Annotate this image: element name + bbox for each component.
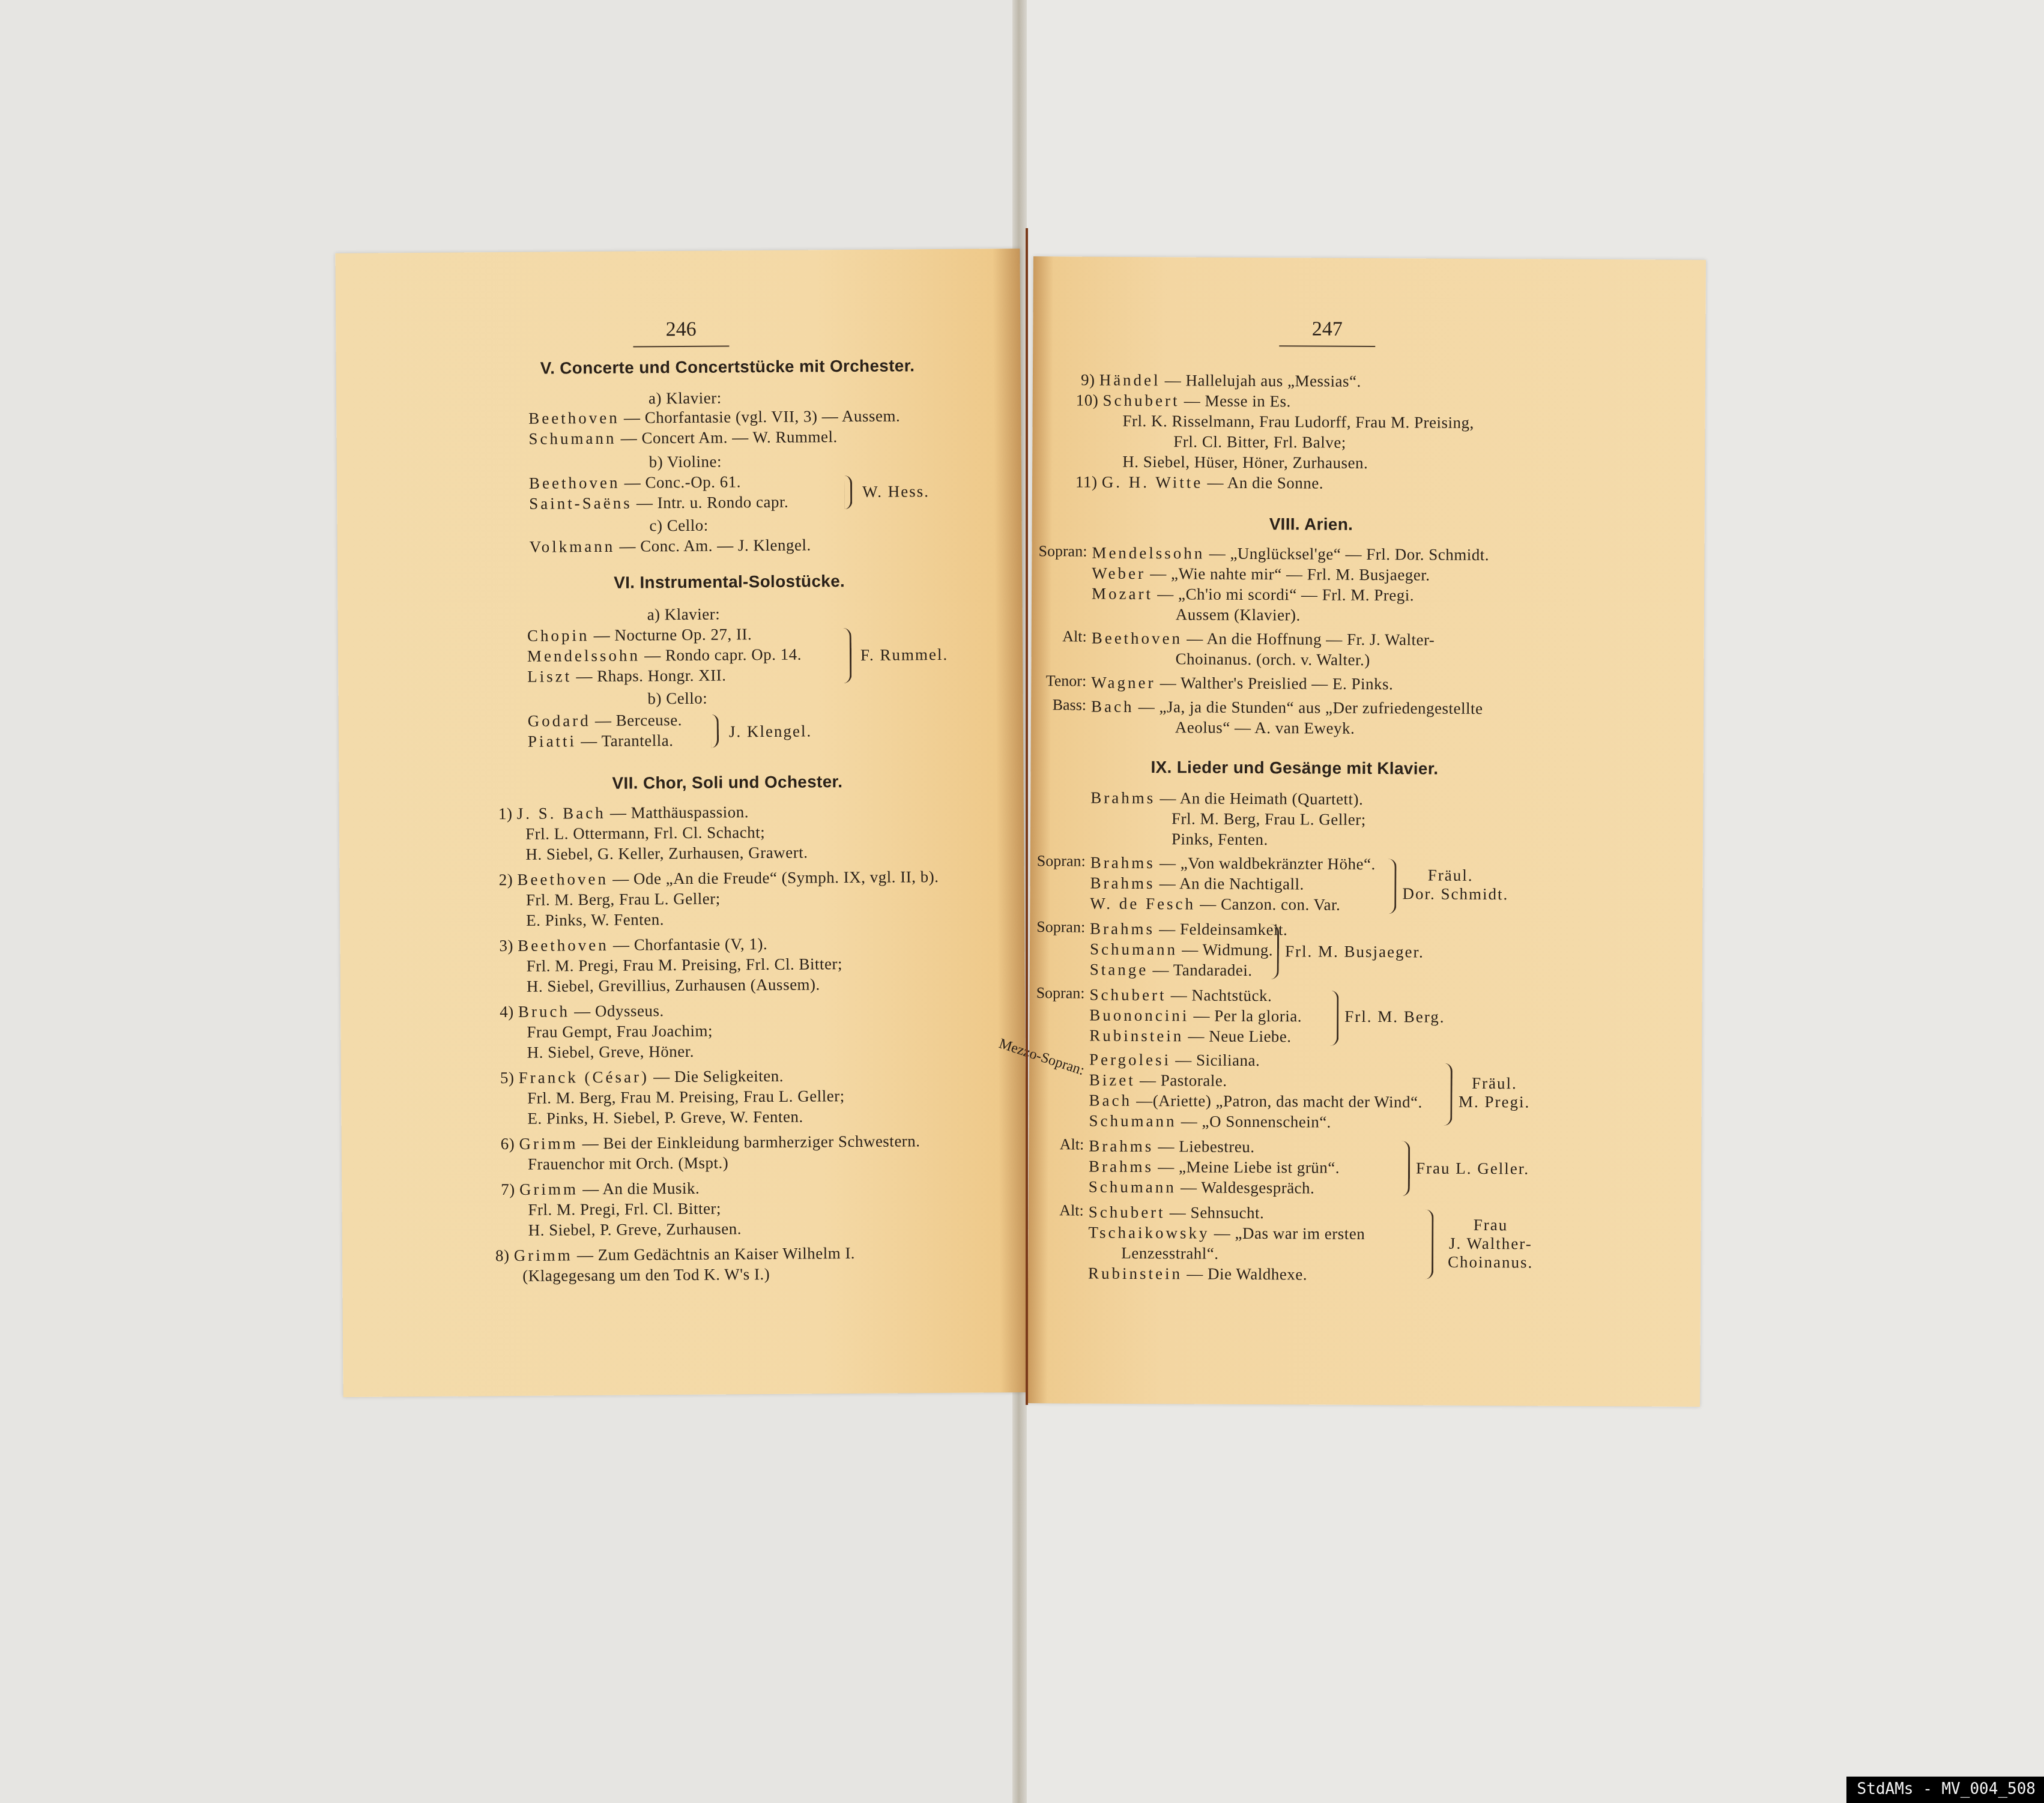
section-ix-title: IX. Lieder und Gesänge mit Klavier. bbox=[1151, 758, 1438, 779]
book-spine bbox=[1026, 228, 1028, 1405]
entry-10: 10) Schubert — Messe in Es. bbox=[1076, 391, 1291, 411]
archive-label: StdAMs - MV_004_508 bbox=[1846, 1777, 2044, 1803]
entry-cast: H. Siebel, Greve, Höner. bbox=[527, 1042, 694, 1062]
booklet-page-246: 246 V. Concerte und Concertstücke mit Or… bbox=[335, 249, 1027, 1397]
voice-label: Tenor: bbox=[1008, 672, 1086, 690]
aria-line: Weber — „Wie nahte mir“ — Frl. M. Busjae… bbox=[1092, 564, 1430, 585]
brace bbox=[1424, 1210, 1434, 1279]
program-line: Mendelssohn — Rondo capr. Op. 14. bbox=[527, 645, 802, 666]
song-line: Bizet — Pastorale. bbox=[1089, 1071, 1227, 1090]
section-viii-title: VIII. Arien. bbox=[1269, 515, 1353, 534]
voice-label: Alt: bbox=[1006, 1201, 1084, 1220]
song-line: Schumann — „O Sonnenschein“. bbox=[1089, 1112, 1331, 1132]
entry-cast: Pinks, Fenten. bbox=[1172, 830, 1268, 849]
song-line: Rubinstein — Die Waldhexe. bbox=[1088, 1264, 1307, 1284]
subsection-label: b) Cello: bbox=[647, 689, 707, 708]
entry-cast: Frl. M. Berg, Frau L. Geller; bbox=[1172, 809, 1366, 829]
section-vi-title: VI. Instrumental-Solostücke. bbox=[614, 572, 845, 593]
song-line: Pergolesi — Siciliana. bbox=[1089, 1051, 1260, 1070]
brace bbox=[711, 714, 719, 748]
program-line: Beethoven — Chorfantasie (vgl. VII, 3) —… bbox=[528, 406, 900, 427]
entry-cast: Frl. K. Risselmann, Frau Ludorff, Frau M… bbox=[1122, 412, 1474, 432]
section-v-title: V. Concerte und Concertstücke mit Orches… bbox=[540, 356, 915, 378]
entry-head: 3) Beethoven — Chorfantasie (V, 1). bbox=[499, 935, 767, 955]
page-number: 246 bbox=[621, 318, 741, 347]
program-line: Chopin — Nocturne Op. 27, II. bbox=[527, 625, 752, 645]
subsection-label: b) Violine: bbox=[649, 453, 722, 472]
entry-cast: Frl. M. Pregi, Frl. Cl. Bitter; bbox=[528, 1200, 721, 1219]
song-line: Brahms — Liebestreu. bbox=[1089, 1137, 1254, 1156]
song-line: Schubert — Nachtstück. bbox=[1089, 986, 1272, 1006]
song-line: Brahms — An die Nachtigall. bbox=[1090, 874, 1304, 894]
entry-cast: Frl. M. Berg, Frau L. Geller; bbox=[526, 890, 721, 910]
song-line: Tschaikowsky — „Das war im ersten bbox=[1088, 1224, 1365, 1243]
entry-cast: E. Pinks, H. Siebel, P. Greve, W. Fenten… bbox=[527, 1108, 803, 1128]
song-line: Brahms — An die Heimath (Quartett). bbox=[1090, 789, 1363, 809]
brace bbox=[1329, 991, 1338, 1046]
voice-label: Sopran: bbox=[1007, 984, 1085, 1003]
subsection-label: c) Cello: bbox=[649, 516, 708, 536]
entry-cast: H. Siebel, Grevillius, Zurhausen (Aussem… bbox=[527, 975, 820, 995]
page-number-rule bbox=[633, 345, 729, 347]
entry-head: 7) Grimm — An die Musik. bbox=[501, 1179, 700, 1199]
entry-cast: Frauenchor mit Orch. (Mspt.) bbox=[528, 1153, 728, 1173]
program-line: Saint-Saëns — Intr. u. Rondo capr. bbox=[529, 493, 788, 513]
entry-cast: Frau Gempt, Frau Joachim; bbox=[527, 1022, 713, 1042]
brace bbox=[1401, 1141, 1410, 1196]
entry-9: 9) Händel — Hallelujah aus „Messias“. bbox=[1081, 370, 1361, 390]
page-number-text: 246 bbox=[666, 318, 697, 340]
aria-line: Bach — „Ja, ja die Stunden“ aus „Der zuf… bbox=[1091, 698, 1483, 718]
performer: Frau L. Geller. bbox=[1416, 1159, 1529, 1178]
performer: W. Hess. bbox=[862, 482, 930, 501]
song-line: Schumann — Waldesgespräch. bbox=[1089, 1178, 1315, 1198]
entry-head: 6) Grimm — Bei der Einkleidung barmherzi… bbox=[501, 1132, 921, 1153]
performer: FrauJ. Walther-Choinanus. bbox=[1439, 1216, 1541, 1272]
song-line: Brahms — Feldeinsamkeit. bbox=[1090, 920, 1287, 940]
entry-cast: Frl. Cl. Bitter, Frl. Balve; bbox=[1173, 432, 1346, 452]
entry-head: 2) Beethoven — Ode „An die Freude“ (Symp… bbox=[499, 868, 939, 889]
entry-cast: H. Siebel, Hüser, Höner, Zurhausen. bbox=[1122, 453, 1368, 473]
brace bbox=[1443, 1063, 1453, 1126]
brace bbox=[1270, 924, 1279, 979]
aria-line: Wagner — Walther's Preislied — E. Pinks. bbox=[1091, 674, 1393, 694]
entry-cast: Frl. L. Ottermann, Frl. Cl. Schacht; bbox=[525, 823, 765, 844]
voice-label: Alt: bbox=[1006, 1135, 1084, 1154]
entry-cast: (Klagegesang um den Tod K. W's I.) bbox=[522, 1265, 770, 1285]
booklet-page-247: 247 9) Händel — Hallelujah aus „Messias“… bbox=[1027, 256, 1706, 1407]
aria-line: Mendelssohn — „Unglücksel'ge“ — Frl. Dor… bbox=[1092, 544, 1489, 564]
brace bbox=[1387, 859, 1396, 914]
song-line: Buononcini — Per la gloria. bbox=[1089, 1006, 1302, 1026]
subsection-label: a) Klavier: bbox=[647, 605, 720, 624]
voice-label: Bass: bbox=[1008, 696, 1086, 714]
program-line: Volkmann — Conc. Am. — J. Klengel. bbox=[530, 536, 811, 556]
aria-line: Beethoven — An die Hoffnung — Fr. J. Wal… bbox=[1092, 629, 1435, 650]
entry-11: 11) G. H. Witte — An die Sonne. bbox=[1075, 473, 1323, 492]
song-line: Lenzesstrahl“. bbox=[1121, 1244, 1218, 1263]
program-line: Piatti — Tarantella. bbox=[528, 731, 674, 751]
entry-cast: Frl. M. Berg, Frau M. Preising, Frau L. … bbox=[527, 1087, 845, 1108]
song-line: Brahms — „Meine Liebe ist grün“. bbox=[1089, 1158, 1340, 1177]
aria-line: Mozart — „Ch'io mi scordi“ — Frl. M. Pre… bbox=[1092, 585, 1414, 605]
entry-head: 8) Grimm — Zum Gedächtnis an Kaiser Wilh… bbox=[495, 1244, 855, 1265]
voice-label: Sopran: bbox=[1008, 852, 1086, 871]
page-number: 247 bbox=[1267, 318, 1387, 347]
performer: Frl. M. Busjaeger. bbox=[1285, 942, 1424, 961]
entry-head: 5) Franck (César) — Die Seligkeiten. bbox=[500, 1067, 784, 1087]
program-line: Beethoven — Conc.-Op. 61. bbox=[529, 473, 741, 492]
voice-label: Sopran: bbox=[1007, 918, 1085, 937]
program-line: Schumann — Concert Am. — W. Rummel. bbox=[528, 427, 837, 448]
entry-cast: H. Siebel, P. Greve, Zurhausen. bbox=[528, 1219, 742, 1239]
song-line: W. de Fesch — Canzon. con. Var. bbox=[1090, 895, 1340, 914]
performer: Fräul.Dor. Schmidt. bbox=[1402, 866, 1498, 904]
entry-cast: Frl. M. Pregi, Frau M. Preising, Frl. Cl… bbox=[527, 955, 842, 976]
entry-cast: H. Siebel, G. Keller, Zurhausen, Grawert… bbox=[525, 844, 808, 864]
page-number-rule bbox=[1279, 345, 1375, 347]
performer: Frl. M. Berg. bbox=[1344, 1007, 1445, 1027]
brace bbox=[844, 476, 852, 509]
song-line: Stange — Tandaradei. bbox=[1090, 961, 1253, 980]
aria-line: Aeolus“ — A. van Eweyk. bbox=[1175, 718, 1355, 738]
program-line: Godard — Berceuse. bbox=[528, 711, 682, 731]
voice-label: Alt: bbox=[1009, 627, 1087, 646]
song-line: Schubert — Sehnsucht. bbox=[1089, 1203, 1265, 1223]
entry-head: 1) J. S. Bach — Matthäuspassion. bbox=[498, 803, 749, 823]
song-line: Rubinstein — Neue Liebe. bbox=[1089, 1027, 1292, 1046]
entry-cast: E. Pinks, W. Fenten. bbox=[526, 910, 664, 930]
brace bbox=[842, 628, 852, 683]
subsection-label: a) Klavier: bbox=[649, 389, 722, 408]
performer: F. Rummel. bbox=[860, 645, 948, 665]
song-line: Schumann — Widmung. bbox=[1090, 940, 1273, 960]
page-number-text: 247 bbox=[1312, 318, 1343, 340]
performer: J. Klengel. bbox=[729, 722, 812, 741]
entry-head: 4) Bruch — Odysseus. bbox=[500, 1001, 664, 1021]
aria-line: Choinanus. (orch. v. Walter.) bbox=[1175, 650, 1370, 669]
performer: Fräul.M. Pregi. bbox=[1456, 1074, 1534, 1112]
section-vii-title: VII. Chor, Soli und Ochester. bbox=[612, 772, 842, 793]
aria-line: Aussem (Klavier). bbox=[1176, 605, 1301, 624]
song-line: Brahms — „Von waldbekränzter Höhe“. bbox=[1090, 854, 1376, 874]
program-line: Liszt — Rhaps. Hongr. XII. bbox=[527, 666, 726, 686]
voice-label: Sopran: bbox=[1009, 542, 1087, 561]
song-line: Bach —(Ariette) „Patron, das macht der W… bbox=[1089, 1092, 1423, 1112]
